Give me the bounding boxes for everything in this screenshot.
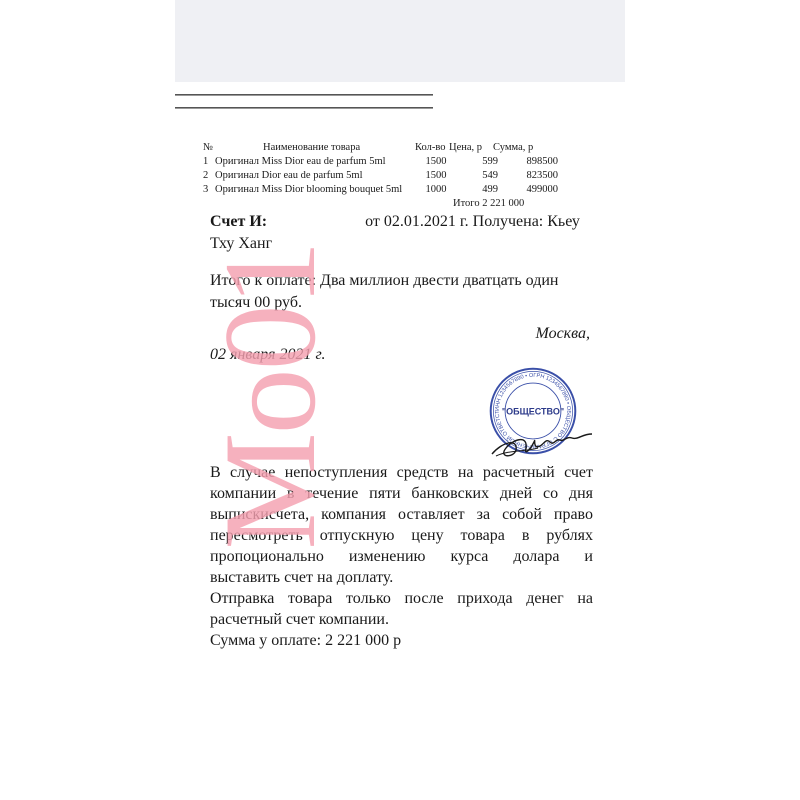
divider-line [175, 94, 433, 96]
row-num: 1 [203, 155, 208, 169]
invoice-heading: Счет И: от 02.01.2021 г. Получена: Кьеу … [210, 211, 595, 255]
shipping-note: Отправка товара только после прихода ден… [210, 588, 593, 609]
col-qty-header: Кол-во [415, 141, 445, 155]
table-total-row: Итого 2 221 000 [203, 197, 563, 211]
stamp-center-text: "ОБЩЕСТВО" [502, 407, 564, 417]
table-row: 1 Оригинал Miss Dior eau de parfum 5ml 1… [203, 155, 563, 169]
row-price: 499 [458, 183, 498, 197]
table-row: 3 Оригинал Miss Dior blooming bouquet 5m… [203, 183, 563, 197]
row-num: 3 [203, 183, 208, 197]
invoice-label: Счет И: [210, 213, 267, 230]
divider-line [175, 107, 433, 109]
city: Москва, [535, 325, 590, 343]
row-qty: 1000 [416, 183, 456, 197]
row-name: Оригинал Dior eau de parfum 5ml [215, 169, 363, 183]
amount-due: Сумма у оплате: 2 221 000 р [210, 630, 593, 651]
row-qty: 1500 [416, 169, 456, 183]
row-name: Оригинал Miss Dior eau de parfum 5ml [215, 155, 386, 169]
amount-in-words: Итого к оплате: Два миллион двести дватц… [210, 270, 595, 314]
row-qty: 1500 [416, 155, 456, 169]
signature-icon [488, 420, 598, 460]
row-sum: 499000 [499, 183, 558, 197]
items-table: № Наименование товара Кол-во Цена, р Сум… [203, 141, 563, 211]
shipping-note-end: расчетный счет компании. [210, 609, 593, 630]
terms-text: В случае непоступления средств на расчет… [210, 462, 593, 651]
row-sum: 823500 [499, 169, 558, 183]
document-date: 02 января 2021 г. [210, 346, 325, 364]
row-num: 2 [203, 169, 208, 183]
terms-paragraph: В случае непоступления средств на расчет… [210, 462, 593, 567]
row-price: 549 [458, 169, 498, 183]
terms-paragraph-end: выставить счет на доплату. [210, 567, 593, 588]
col-price-header: Цена, р [449, 141, 482, 155]
col-num-header: № [203, 141, 213, 155]
row-price: 599 [458, 155, 498, 169]
row-sum: 898500 [499, 155, 558, 169]
header-placeholder [175, 0, 625, 82]
table-total: Итого 2 221 000 [453, 197, 524, 211]
table-header: № Наименование товара Кол-во Цена, р Сум… [203, 141, 563, 155]
row-name: Оригинал Miss Dior blooming bouquet 5ml [215, 183, 402, 197]
table-row: 2 Оригинал Dior eau de parfum 5ml 1500 5… [203, 169, 563, 183]
col-name-header: Наименование товара [263, 141, 360, 155]
col-sum-header: Сумма, р [493, 141, 533, 155]
